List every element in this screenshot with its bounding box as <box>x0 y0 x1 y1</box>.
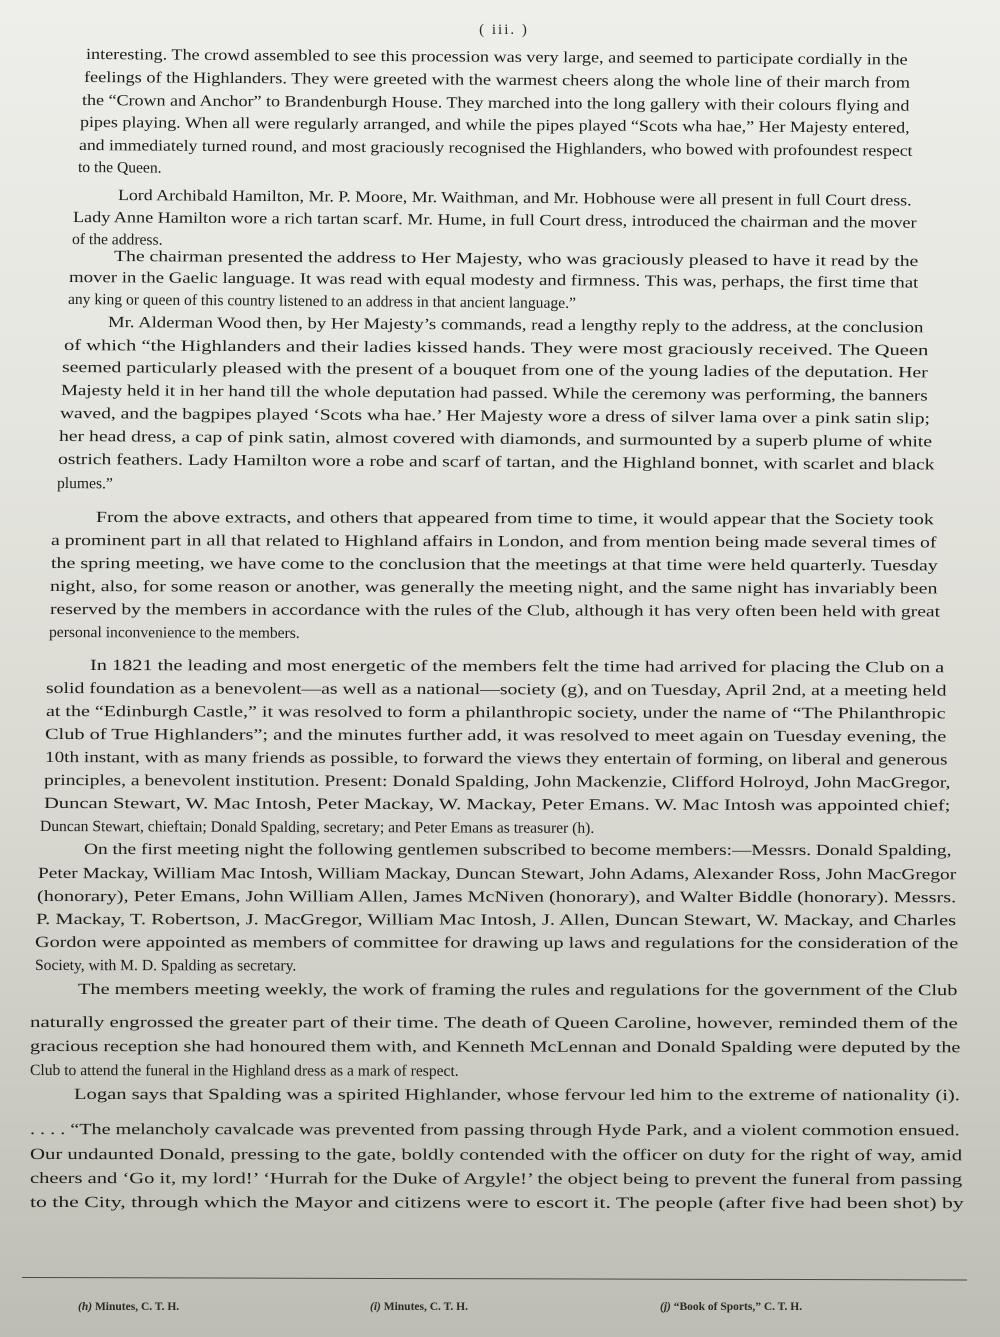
text-line: seemed particularly pleased with the pre… <box>62 358 928 383</box>
text-line: to the City, through which the Mayor and… <box>30 1193 964 1214</box>
text-line: the “Crown and Anchor” to Brandenburgh H… <box>82 91 910 117</box>
text-line: In 1821 the leading and most energetic o… <box>90 656 944 678</box>
text-line: The members meeting weekly, the work of … <box>78 980 957 1001</box>
text-line: Club of True Highlanders”; and the minut… <box>45 725 946 747</box>
text-line: and immediately turned round, and most g… <box>79 136 913 162</box>
footnote-h: (h) Minutes, C. T. H. <box>78 1301 179 1313</box>
text-line: Our undaunted Donald, pressing to the ga… <box>30 1145 962 1166</box>
text-line: mover in the Gaelic language. It was rea… <box>69 268 919 294</box>
footnote-j: (j) “Book of Sports,” C. T. H. <box>660 1301 802 1313</box>
text-line: plumes.” <box>57 474 113 494</box>
text-line: Logan says that Spalding was a spirited … <box>74 1085 960 1106</box>
text-line: Mr. Alderman Wood then, by Her Majesty’s… <box>108 313 924 338</box>
text-line: the spring meeting, we have come to the … <box>51 554 938 576</box>
text-line: naturally engrossed the greater part of … <box>30 1013 958 1034</box>
footnote-mark: (h) <box>78 1301 92 1313</box>
text-line: solid foundation as a benevolent—as well… <box>46 679 947 701</box>
text-line: reserved by the members in accordance wi… <box>50 600 940 622</box>
text-line: gracious reception she had honoured them… <box>30 1037 960 1058</box>
text-line: of which “the Highlanders and their ladi… <box>64 336 928 361</box>
footnote-mark: (j) <box>660 1301 671 1313</box>
text-line: waved, and the bagpipes played ‘Scots wh… <box>60 404 930 429</box>
text-line: night, also, for some reason or another,… <box>50 577 938 599</box>
text-line: From the above extracts, and others that… <box>96 508 934 530</box>
text-line: Society, with M. D. Spalding as secretar… <box>35 956 296 976</box>
text-line: her head dress, a cap of pink satin, alm… <box>59 427 932 452</box>
text-line: principles, a benevolent institution. Pr… <box>44 771 950 794</box>
text-line: On the first meeting night the following… <box>84 840 952 861</box>
footnote-mark: (i) <box>370 1301 381 1313</box>
text-line: a prominent part in all that related to … <box>51 531 937 553</box>
text-line: personal inconvenience to the members. <box>49 623 300 644</box>
text-line: any king or queen of this country listen… <box>68 290 576 314</box>
text-line: Club to attend the funeral in the Highla… <box>30 1061 459 1082</box>
footnote-divider <box>22 1277 967 1280</box>
text-line: P. Mackay, T. Robertson, J. MacGregor, W… <box>36 910 956 931</box>
text-line: Gordon were appointed as members of comm… <box>35 933 958 954</box>
text-line: cheers and ‘Go it, my lord!’ ‘Hurrah for… <box>30 1169 962 1190</box>
text-line: at the “Edinburgh Castle,” it was resolv… <box>46 702 946 724</box>
page-number: ( iii. ) <box>0 22 1000 39</box>
text-line: Peter Mackay, William Mac Intosh, Willia… <box>38 864 956 885</box>
book-page: ( iii. ) interesting. The crowd assemble… <box>0 0 1000 1337</box>
text-line: (honorary), Peter Emans, John William Al… <box>37 887 956 908</box>
text-line: ostrich feathers. Lady Hamilton wore a r… <box>58 450 935 475</box>
text-line: pipes playing. When all were regularly a… <box>80 113 910 139</box>
text-line: Duncan Stewart, W. Mac Intosh, Peter Mac… <box>44 794 950 816</box>
text-line: Majesty held it in her hand till the who… <box>61 381 928 407</box>
text-line: Duncan Stewart, chieftain; Donald Spaldi… <box>40 817 594 839</box>
text-line: Lord Archibald Hamilton, Mr. P. Moore, M… <box>118 186 912 211</box>
footnote-text: “Book of Sports,” C. T. H. <box>674 1301 802 1313</box>
text-line: 10th instant, with as many friends as po… <box>45 748 948 771</box>
footnote-text: Minutes, C. T. H. <box>95 1301 179 1313</box>
text-line: interesting. The crowd assembled to see … <box>86 45 908 71</box>
text-line: to the Queen. <box>78 158 162 179</box>
footnote-text: Minutes, C. T. H. <box>384 1301 468 1313</box>
text-line: . . . . “The melancholy cavalcade was pr… <box>30 1120 960 1141</box>
text-line: Lady Anne Hamilton wore a rich tartan sc… <box>73 208 917 234</box>
text-line: feelings of the Highlanders. They were g… <box>84 68 910 94</box>
footnote-i: (i) Minutes, C. T. H. <box>370 1301 468 1313</box>
